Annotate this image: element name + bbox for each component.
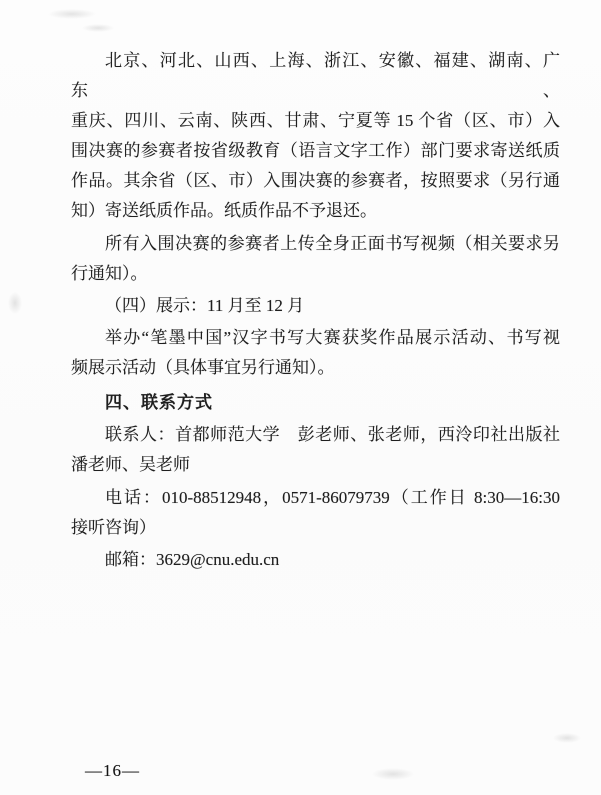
text-line: 潘老师、吴老师 bbox=[71, 450, 560, 480]
scan-smudge bbox=[553, 733, 581, 743]
text-line: 知）寄送纸质作品。纸质作品不予退还。 bbox=[71, 196, 560, 226]
page-number: —16— bbox=[85, 760, 140, 782]
para-email: 邮箱：3629@cnu.edu.cn bbox=[71, 545, 560, 575]
para-contact-persons: 联系人：首都师范大学 彭老师、张老师，西泠印社出版社 潘老师、吴老师 bbox=[71, 420, 560, 480]
text-line: 接听咨询） bbox=[71, 513, 560, 543]
text-line: 重庆、四川、云南、陕西、甘肃、宁夏等 15 个省（区、市）入 bbox=[71, 106, 560, 136]
scan-smudge bbox=[372, 768, 414, 780]
text-line: 行通知）。 bbox=[71, 259, 560, 289]
text-line: 作品。其余省（区、市）入围决赛的参赛者，按照要求（另行通 bbox=[71, 166, 560, 196]
heading-contact-info: 四、联系方式 bbox=[71, 388, 560, 418]
text-line: 北京、河北、山西、上海、浙江、安徽、福建、湖南、广东、 bbox=[71, 46, 560, 106]
para-exhibition-activities: 举办“笔墨中国”汉字书写大赛获奖作品展示活动、书写视 频展示活动（具体事宜另行通… bbox=[71, 323, 560, 383]
para-video-upload: 所有入围决赛的参赛者上传全身正面书写视频（相关要求另 行通知）。 bbox=[71, 229, 560, 289]
section-heading-text: 四、联系方式 bbox=[71, 388, 560, 418]
text-line: 频展示活动（具体事宜另行通知）。 bbox=[71, 353, 560, 383]
text-line: （四）展示：11 月至 12 月 bbox=[71, 291, 560, 321]
scan-smudge bbox=[8, 292, 22, 314]
text-line: 所有入围决赛的参赛者上传全身正面书写视频（相关要求另 bbox=[71, 229, 560, 259]
phone-text-line: 电话：010-88512948，0571-86079739（工作日 8:30—1… bbox=[71, 483, 560, 513]
para-exhibition-date: （四）展示：11 月至 12 月 bbox=[71, 291, 560, 321]
text-line: 举办“笔墨中国”汉字书写大赛获奖作品展示活动、书写视 bbox=[71, 323, 560, 353]
scan-smudge bbox=[82, 24, 114, 32]
scan-smudge bbox=[48, 9, 96, 19]
text-line: 联系人：首都师范大学 彭老师、张老师，西泠印社出版社 bbox=[71, 420, 560, 450]
document-body: 北京、河北、山西、上海、浙江、安徽、福建、湖南、广东、 重庆、四川、云南、陕西、… bbox=[71, 46, 560, 575]
email-text-line: 邮箱：3629@cnu.edu.cn bbox=[71, 545, 560, 575]
text-line: 围决赛的参赛者按省级教育（语言文字工作）部门要求寄送纸质 bbox=[71, 136, 560, 166]
para-phone: 电话：010-88512948，0571-86079739（工作日 8:30—1… bbox=[71, 483, 560, 543]
para-finalist-mailing: 北京、河北、山西、上海、浙江、安徽、福建、湖南、广东、 重庆、四川、云南、陕西、… bbox=[71, 46, 560, 226]
